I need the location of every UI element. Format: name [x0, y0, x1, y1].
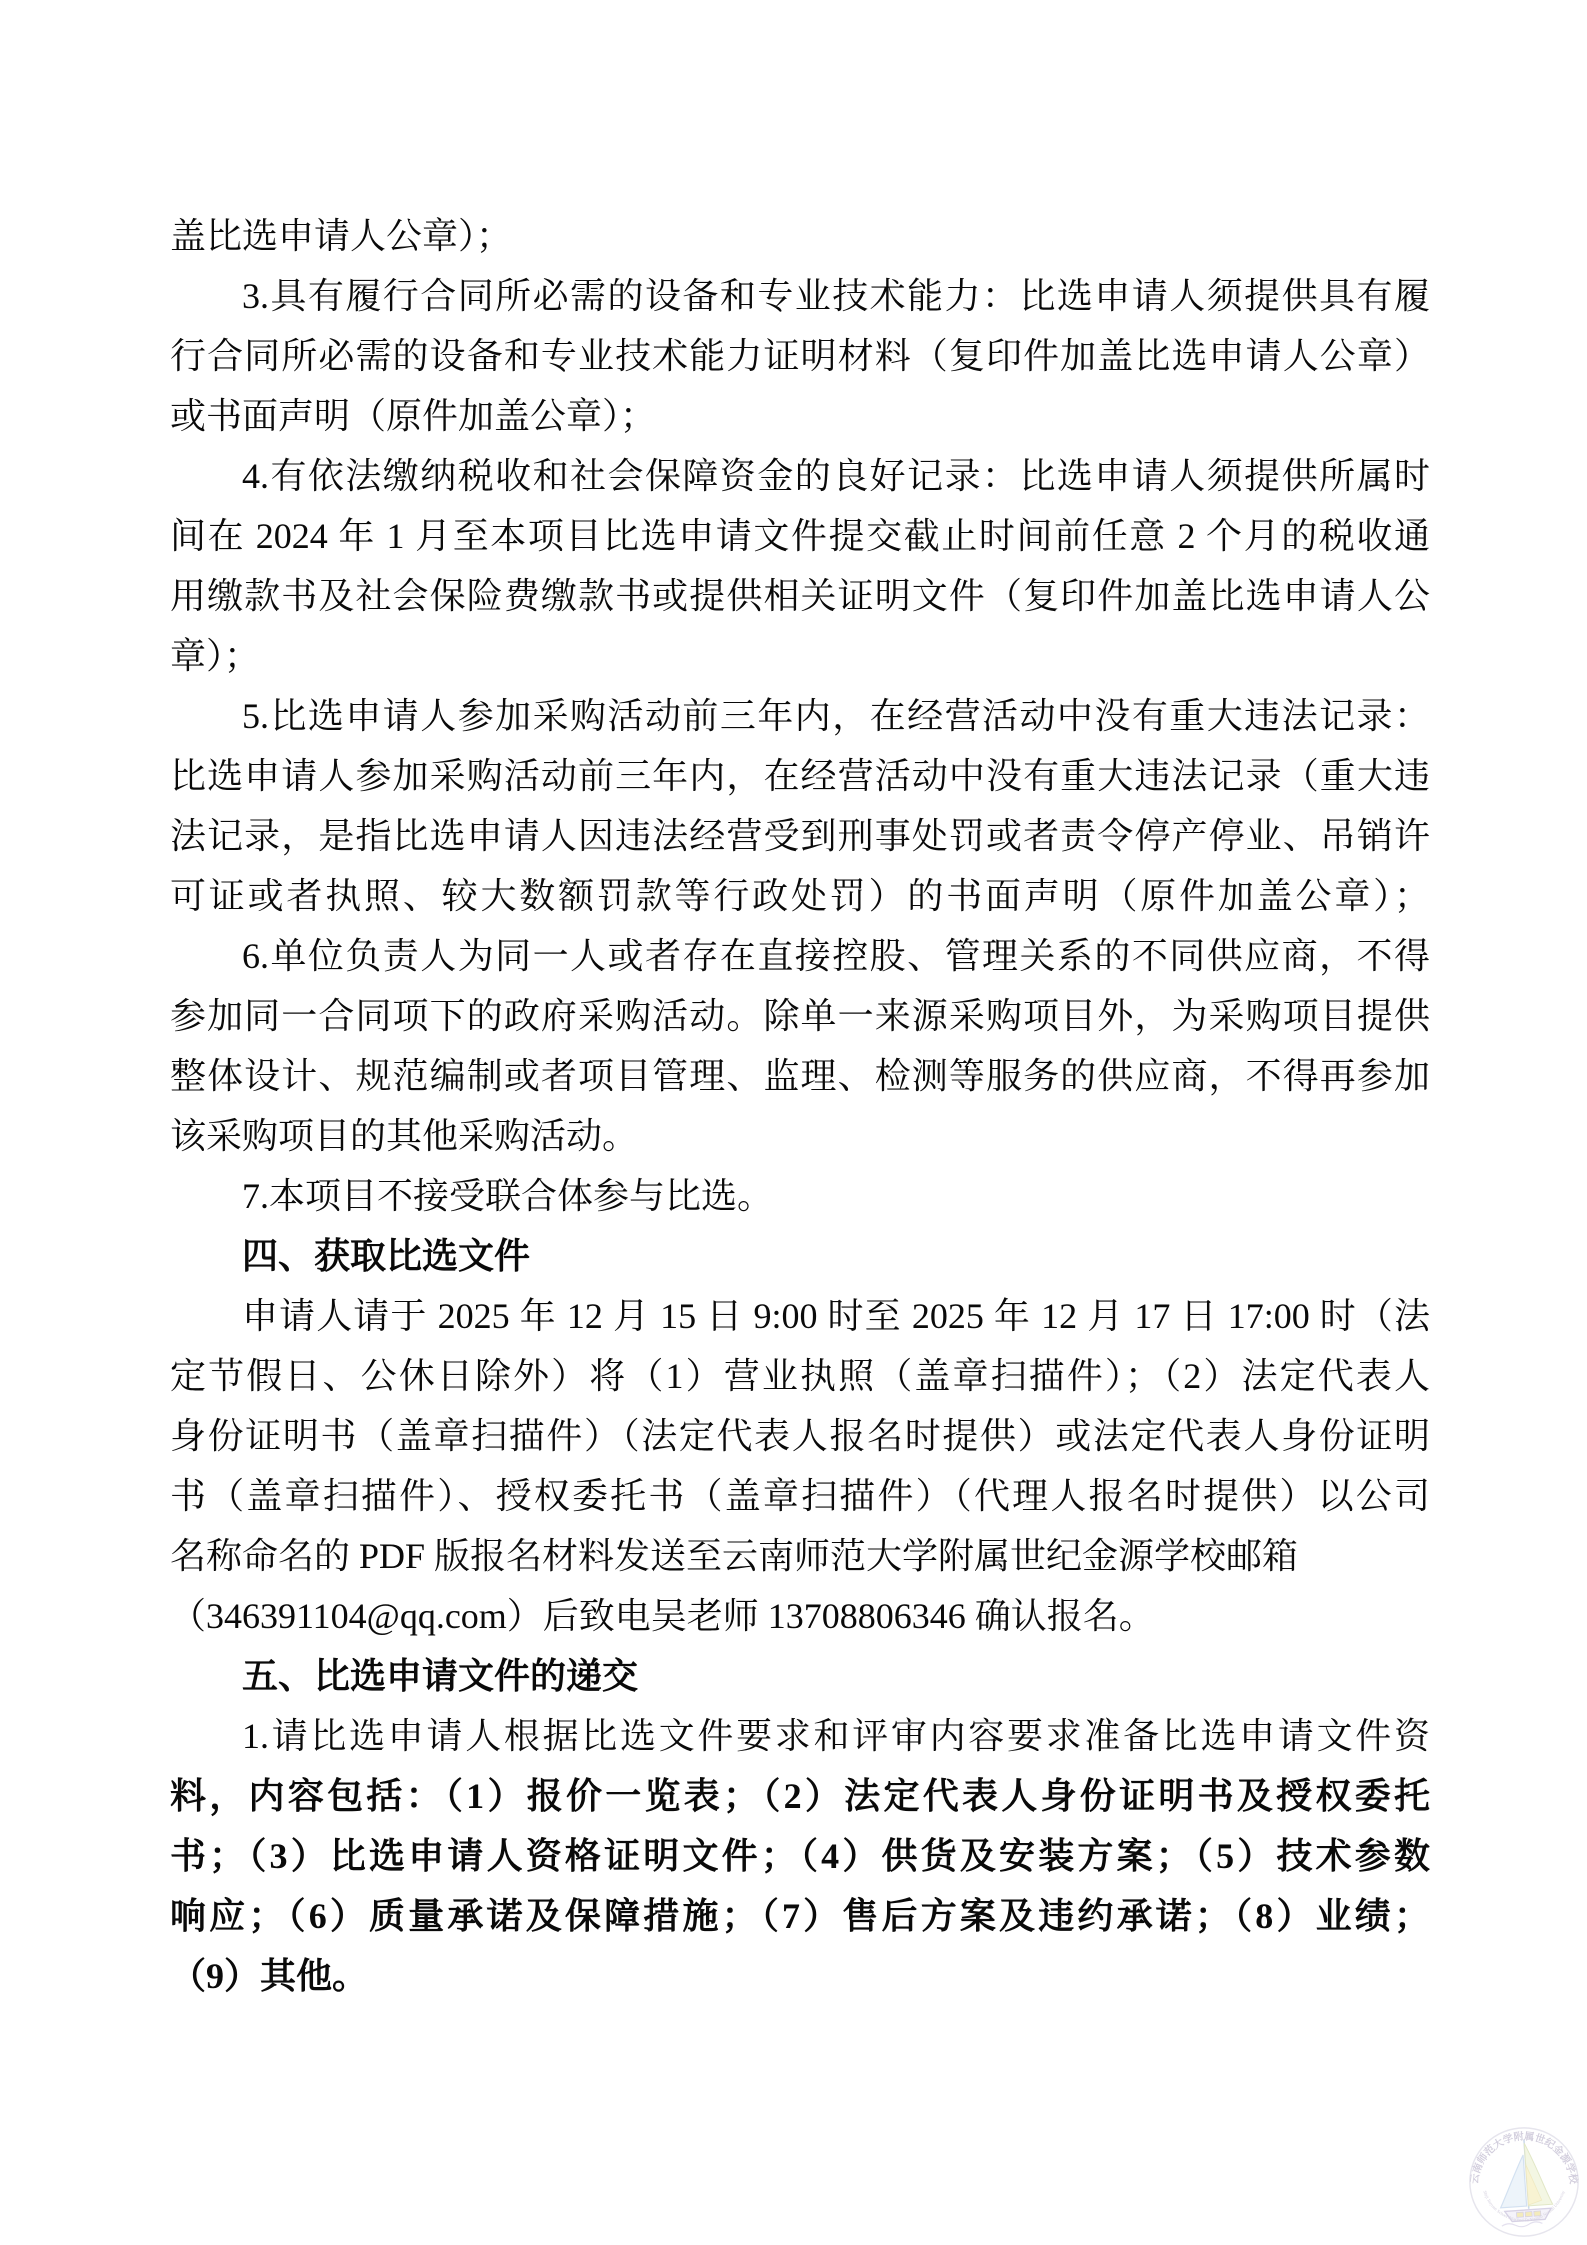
section-heading: 四、获取比选文件: [170, 1226, 1430, 1286]
text-line: 3.具有履行合同所必需的设备和专业技术能力：比选申请人须提供具有履: [170, 266, 1430, 326]
text-line: 间在 2024 年 1 月至本项目比选申请文件提交截止时间前任意 2 个月的税收…: [170, 506, 1430, 566]
text-line: 定节假日、公休日除外）将（1）营业执照（盖章扫描件）；（2）法定代表人: [170, 1346, 1430, 1406]
text-line: 可证或者执照、较大数额罚款等行政处罚）的书面声明（原件加盖公章）；: [170, 866, 1430, 926]
section-heading: 五、比选申请文件的递交: [170, 1646, 1430, 1706]
text-line: 名称命名的 PDF 版报名材料发送至云南师范大学附属世纪金源学校邮箱: [170, 1526, 1430, 1586]
school-seal-watermark: 云南师范大学附属世纪金源学校 Shiji Jinyuan School Atta…: [1466, 2124, 1582, 2240]
text-line: （346391104@qq.com）后致电吴老师 13708806346 确认报…: [170, 1586, 1430, 1646]
text-line: 申请人请于 2025 年 12 月 15 日 9:00 时至 2025 年 12…: [170, 1286, 1430, 1346]
text-line: 参加同一合同项下的政府采购活动。除单一来源采购项目外，为采购项目提供: [170, 986, 1430, 1046]
document-body: 盖比选申请人公章）；3.具有履行合同所必需的设备和专业技术能力：比选申请人须提供…: [170, 206, 1430, 2006]
text-line: 书；（3）比选申请人资格证明文件；（4）供货及安装方案；（5）技术参数: [170, 1826, 1430, 1886]
text-line: 整体设计、规范编制或者项目管理、监理、检测等服务的供应商，不得再参加: [170, 1046, 1430, 1106]
text-line: 书（盖章扫描件）、授权委托书（盖章扫描件）（代理人报名时提供）以公司: [170, 1466, 1430, 1526]
text-line: 或书面声明（原件加盖公章）；: [170, 386, 1430, 446]
text-line: 7.本项目不接受联合体参与比选。: [170, 1166, 1430, 1226]
text-line: 5.比选申请人参加采购活动前三年内，在经营活动中没有重大违法记录：: [170, 686, 1430, 746]
text-line: 6.单位负责人为同一人或者存在直接控股、管理关系的不同供应商，不得: [170, 926, 1430, 986]
text-line: （9）其他。: [170, 1946, 1430, 2006]
text-line: 该采购项目的其他采购活动。: [170, 1106, 1430, 1166]
text-line: 法记录，是指比选申请人因违法经营受到刑事处罚或者责令停产停业、吊销许: [170, 806, 1430, 866]
text-line: 料，内容包括：（1）报价一览表；（2）法定代表人身份证明书及授权委托: [170, 1766, 1430, 1826]
text-line: 响应；（6）质量承诺及保障措施；（7）售后方案及违约承诺；（8）业绩；: [170, 1886, 1430, 1946]
text-line: 比选申请人参加采购活动前三年内，在经营活动中没有重大违法记录（重大违: [170, 746, 1430, 806]
text-line: 4.有依法缴纳税收和社会保障资金的良好记录：比选申请人须提供所属时: [170, 446, 1430, 506]
text-line: 行合同所必需的设备和专业技术能力证明材料（复印件加盖比选申请人公章）: [170, 326, 1430, 386]
text-line: 身份证明书（盖章扫描件）（法定代表人报名时提供）或法定代表人身份证明: [170, 1406, 1430, 1466]
text-line: 用缴款书及社会保险费缴款书或提供相关证明文件（复印件加盖比选申请人公: [170, 566, 1430, 626]
document-page: 盖比选申请人公章）；3.具有履行合同所必需的设备和专业技术能力：比选申请人须提供…: [0, 0, 1587, 2245]
text-line: 盖比选申请人公章）；: [170, 206, 1430, 266]
text-line: 章）；: [170, 626, 1430, 686]
text-line: 1.请比选申请人根据比选文件要求和评审内容要求准备比选申请文件资: [170, 1706, 1430, 1766]
